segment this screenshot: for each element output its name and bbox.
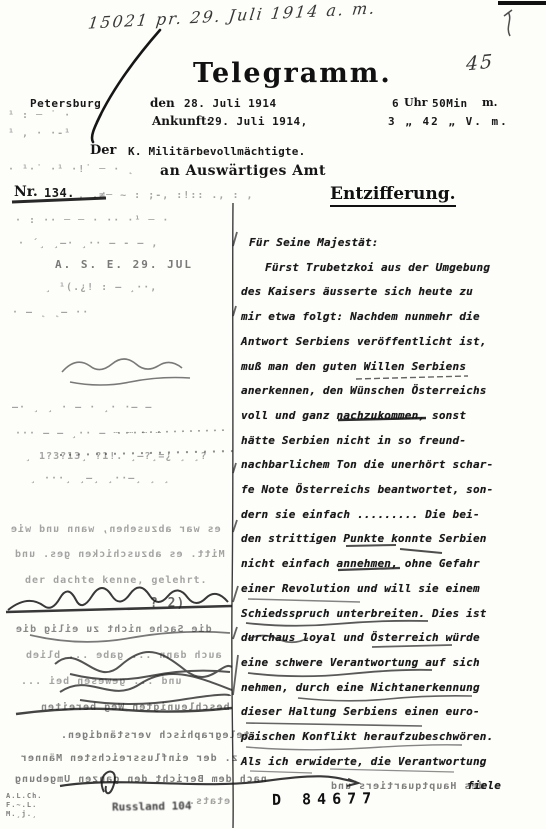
body-line: voll und ganz nachzukommen, sonst [241,404,543,429]
body-line: dern sie einfach ......... Die bei- [241,503,543,528]
time-sent-hour: 6 [392,97,399,110]
registry-number-stamp: D 84677 [272,789,378,809]
body-line: muß man den guten Willen Serbiens [241,355,543,380]
margin-initials: A.L.Ch. [6,792,43,800]
sender-value: K. Militärbevollmächtigte. [128,145,305,158]
place-value: Petersburg [30,97,101,110]
bleedthrough-line: , .≠─ ~ : ;-, :!:: ., : , [78,190,254,201]
margin-initials: F.~.L. [6,801,37,809]
page-title: Telegramm. [193,58,392,89]
ankunft-label: Ankunft: [152,114,211,128]
bleedthrough-mirrored-line: des Hauptquartiers und [330,781,484,792]
file-reference-stamp: Russland 104 [112,799,192,813]
bleedthrough-line: · ¹·˙ ·¹ ·!˙ ─ · ˛ [8,164,134,175]
bleedthrough-line: ¹ : ─ ˙ · [8,110,71,121]
form-line-sender: Der K. Militärbevollmächtigte. [0,143,546,159]
margin-initials: M.¸j.¸ [6,810,37,818]
strike-stroke [6,606,232,612]
nr-label: Nr. [14,184,38,200]
bleedthrough-mirrored-line: beschleunigten Weg bereiten [40,702,230,713]
bleedthrough-line: ¸ ···¸ ¸—¸ ¸··—¸ ¸ ¸ [30,473,170,484]
bleedthrough-mirrored-line: Mitt. es abzuschicken ges. und [14,549,225,560]
body-line: des Kaisers äusserte sich heute zu [241,280,543,305]
corner-squiggle-mark [504,10,512,36]
receipt-date-stamp: A. S. E. 29. JUL [55,258,193,271]
bleedthrough-mirrored-line: auch dann ... gabe ... blieb [25,650,222,661]
body-line: dieser Haltung Serbiens einen euro- [241,700,543,725]
body-line: Schiedsspruch unterbreiten. Dies ist [241,602,543,627]
margin-tick-marks [233,232,238,695]
body-line: einer Revolution und will sie einem [241,577,543,602]
pencil-mark: ? 2) [150,596,185,611]
recipient-value: an Auswärtiges Amt [160,163,326,179]
date-arrival-value: 29. Juli 1914, [208,115,308,128]
body-line: nachbarlichem Ton die unerhört schar- [241,453,543,478]
body-line: nicht einfach annehmen, ohne Gefahr [241,552,543,577]
scrawl-stroke [8,587,228,610]
message-body: Für Seine Majestät: Fürst Trubetzkoi aus… [241,231,543,799]
body-line: päischen Konflikt heraufzubeschwören. [241,725,543,750]
body-line: Fürst Trubetzkoi aus der Umgebung [241,256,543,281]
bleedthrough-line: —· ¸ ¸ · — · ¸· ·— — [12,402,152,413]
den-label: den [150,96,175,110]
date-sent-value: 28. Juli 1914 [184,97,277,110]
body-line: anerkennen, den Wünschen Österreichs [241,379,543,404]
page-number-annotation: 45 [466,50,495,75]
bleedthrough-mirrored-line: und ... gewesen bei ... [20,676,181,687]
bleedthrough-line: ¸ ¹(.¿! : — ¸··, [45,282,157,293]
bleedthrough-line: der dachte kenne, gelehrt. [25,575,208,586]
bleedthrough-line: · : ·· ─ ─ · ·· ·¹ ─ · [15,215,169,226]
bleedthrough-line: ¸ 1?3?13¸ ?1!. ¸—?¸=¿ ¸ ¸? [25,451,208,462]
body-line: eine schwere Verantwortung auf sich [241,651,543,676]
bleedthrough-line: ¹ , · ·-¹ [8,128,71,139]
body-line: Als ich erwiderte, die Verantwortung [241,750,543,775]
body-line: fe Note Österreichs beantwortet, son- [241,478,543,503]
time-sent-min: 50Min [432,97,468,110]
bleedthrough-mirrored-line: es war abzusehen, wann und wie [10,524,221,535]
decipher-heading: Entzifferung. [330,184,456,207]
telegram-scan-page: { "document": { "registry_note": "15021 … [0,0,546,829]
bleedthrough-mirrored-line: telegraphisch verständigen. [60,730,250,741]
nr-value: 134. [44,186,75,200]
form-line-sent: Petersburg den 28. Juli 1914 6 Uhr 50Min… [0,96,546,112]
der-label: Der [90,143,116,158]
body-line: mir etwa folgt: Nachdem nunmehr die [241,305,543,330]
bleedthrough-mirrored-line: die Sache nicht zu eilig die [15,624,212,635]
bleedthrough-mirrored-line: etats. [188,796,230,807]
registry-annotation: 15021 pr. 29. Juli 1914 a. m. [87,0,378,33]
body-line: nehmen, durch eine Nichtanerkennung [241,676,543,701]
uhr-label: Uhr [404,96,427,109]
bleedthrough-line: · ´¸ ¸—· ¸·· — - — , [18,238,158,249]
bleedthrough-line: · — ˛ ˛— ·· [12,307,89,318]
m-label: m. [482,96,497,109]
body-line: hätte Serbien nicht in so freund- [241,429,543,454]
bleedthrough-mirrored-line: nach dem Bericht den ganzen Umgebung [14,774,267,785]
bleedthrough-mirrored-line: z. der einflussreichsten Männer [20,753,238,764]
body-line: Antwort Serbiens veröffentlicht ist, [241,330,543,355]
body-line: Für Seine Majestät: [241,231,543,256]
time-arrival-value: 3 „ 42 „ V. m. [388,115,509,128]
form-line-arrival: Ankunft: 29. Juli 1914, 3 „ 42 „ V. m. [0,114,546,130]
body-line: den strittigen Punkte konnte Serbien [241,527,543,552]
body-line: durchaus loyal und Österreich würde [241,626,543,651]
scrawl-stroke [62,359,190,385]
bleedthrough-line: ··· — — ¸·· — ┄ ┄ ┄ ┄ [15,428,162,439]
